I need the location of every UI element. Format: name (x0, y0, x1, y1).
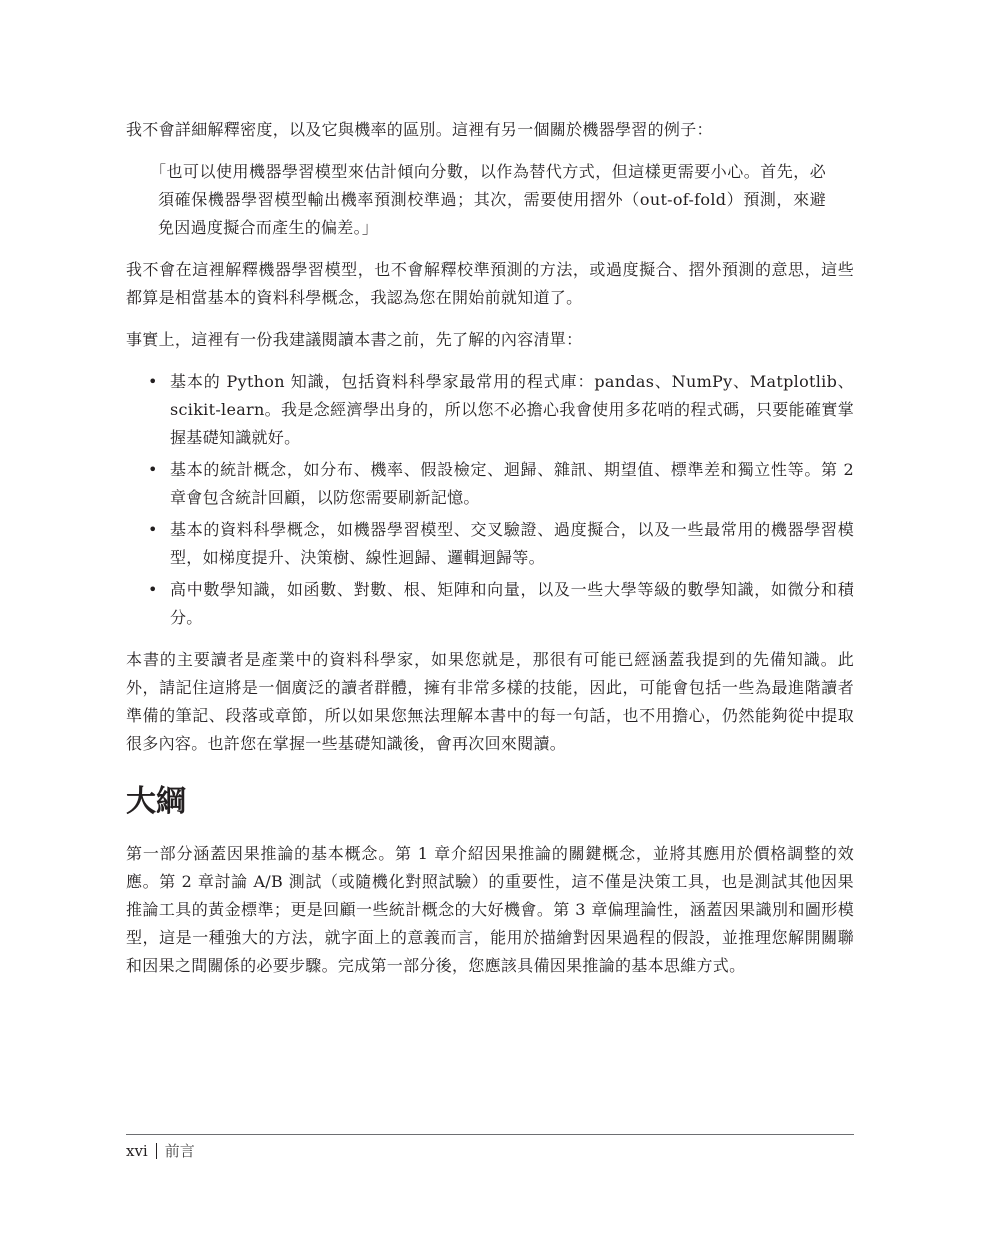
page-content: 我不會詳細解釋密度，以及它與機率的區別。這裡有另一個關於機器學習的例子： 「也可… (126, 116, 854, 994)
list-item-text: 基本的 Python 知識，包括資料科學家最常用的程式庫：pandas、NumP… (170, 372, 854, 447)
section-heading: 大綱 (126, 782, 854, 822)
no-explain-paragraph: 我不會在這裡解釋機器學習模型，也不會解釋校準預測的方法，或過度擬合、摺外預測的意… (126, 256, 854, 312)
blockquote: 「也可以使用機器學習模型來估計傾向分數，以作為替代方式，但這樣更需要小心。首先，… (126, 158, 826, 242)
page-number: xvi (126, 1139, 148, 1163)
list-item: • 基本的 Python 知識，包括資料科學家最常用的程式庫：pandas、Nu… (126, 368, 854, 452)
page-footer: xvi 前言 (126, 1134, 854, 1163)
bullet-icon: • (148, 516, 158, 544)
list-item-text: 基本的資料科學概念，如機器學習模型、交叉驗證、過度擬合，以及一些最常用的機器學習… (170, 520, 854, 567)
audience-paragraph: 本書的主要讀者是產業中的資料科學家，如果您就是，那很有可能已經涵蓋我提到的先備知… (126, 646, 854, 758)
list-item-text: 高中數學知識，如函數、對數、根、矩陣和向量，以及一些大學等級的數學知識，如微分和… (170, 580, 854, 627)
list-item-text: 基本的統計概念，如分布、機率、假設檢定、迴歸、雜訊、期望值、標準差和獨立性等。第… (170, 460, 854, 507)
list-item: • 高中數學知識，如函數、對數、根、矩陣和向量，以及一些大學等級的數學知識，如微… (126, 576, 854, 632)
bullet-icon: • (148, 456, 158, 484)
intro-paragraph: 我不會詳細解釋密度，以及它與機率的區別。這裡有另一個關於機器學習的例子： (126, 116, 854, 144)
bullet-icon: • (148, 576, 158, 604)
list-item: • 基本的資料科學概念，如機器學習模型、交叉驗證、過度擬合，以及一些最常用的機器… (126, 516, 854, 572)
footer-separator (156, 1143, 157, 1159)
outline-paragraph: 第一部分涵蓋因果推論的基本概念。第 1 章介紹因果推論的關鍵概念，並將其應用於價… (126, 840, 854, 980)
bullet-icon: • (148, 368, 158, 396)
list-intro-paragraph: 事實上，這裡有一份我建議閱讀本書之前，先了解的內容清單： (126, 326, 854, 354)
list-item: • 基本的統計概念，如分布、機率、假設檢定、迴歸、雜訊、期望值、標準差和獨立性等… (126, 456, 854, 512)
chapter-name: 前言 (165, 1139, 195, 1163)
prerequisites-list: • 基本的 Python 知識，包括資料科學家最常用的程式庫：pandas、Nu… (126, 368, 854, 632)
